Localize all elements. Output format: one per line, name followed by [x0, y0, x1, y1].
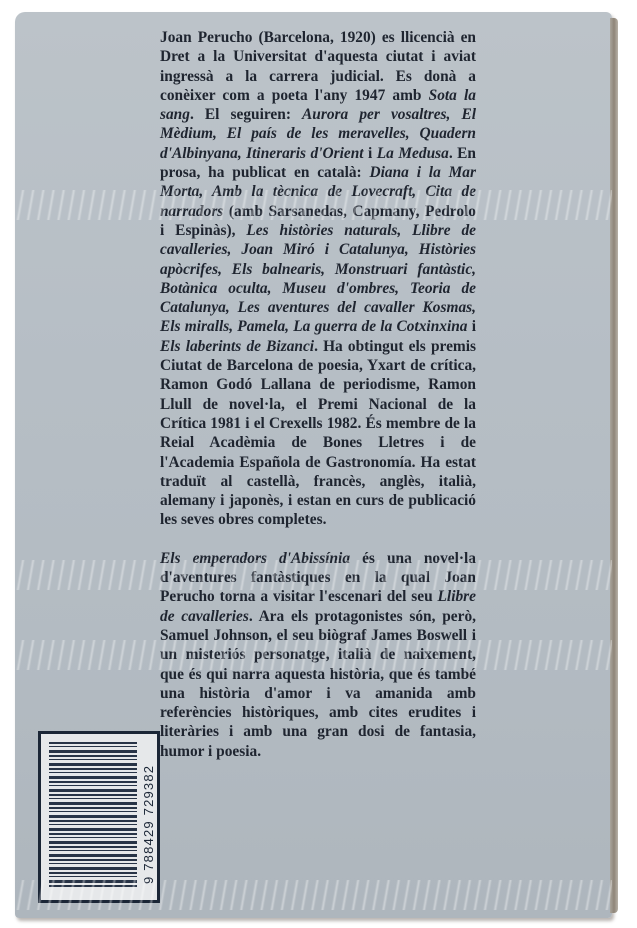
text-run: . Ha obtingut els premis Ciutat de Barce…: [160, 338, 476, 529]
book-page-edge: [610, 18, 618, 913]
text-run: i: [364, 145, 377, 162]
italic-title: Els emperadors d'Abissínia: [160, 550, 350, 567]
text-run: . El seguiren:: [190, 106, 302, 123]
author-biography: Joan Perucho (Barcelona, 1920) es llicen…: [160, 28, 476, 530]
back-cover-text: Joan Perucho (Barcelona, 1920) es llicen…: [160, 28, 476, 761]
italic-title: Els laberints de Bizanci: [160, 338, 314, 355]
text-run: i: [468, 318, 477, 335]
italic-title: La Medusa: [377, 145, 449, 162]
isbn-number: 9 788429 729382: [141, 765, 156, 884]
text-run: . Ara els protagonistes són, però, Samue…: [160, 608, 476, 760]
isbn-barcode: 9 788429 729382: [38, 731, 160, 903]
barcode-icon: [49, 742, 137, 888]
book-synopsis: Els emperadors d'Abissínia és una novel·…: [160, 549, 476, 761]
